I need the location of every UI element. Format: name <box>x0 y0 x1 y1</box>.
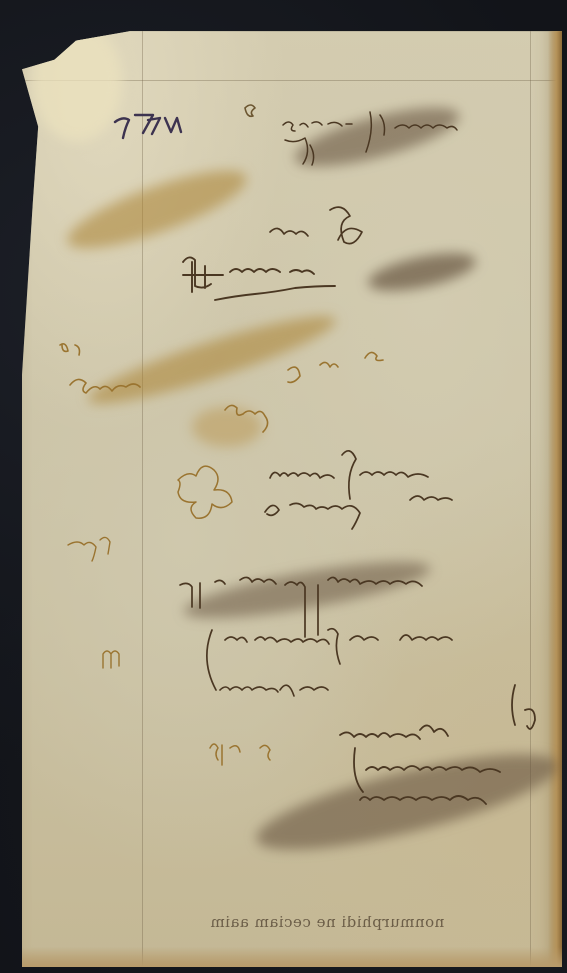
inscription-top-left-letters <box>115 115 181 138</box>
inscription-lower-right <box>340 685 535 804</box>
inscription-smudged-line <box>180 577 422 637</box>
inscription-william-line <box>265 451 452 529</box>
inscription-and-signature <box>270 207 362 244</box>
margin-mark-small <box>68 537 110 561</box>
inscription-framed-initial <box>183 257 335 300</box>
inscription-william-line-3 <box>220 685 328 696</box>
margin-mark-m <box>103 651 119 668</box>
inscription-b-mark <box>245 105 255 116</box>
inscription-top-right <box>283 112 457 165</box>
mirrored-offset-text: nonmurphidi ne ceciam aaim <box>210 913 444 931</box>
inscription-faded-line <box>60 344 383 432</box>
flourish-cross <box>178 466 232 518</box>
margin-mark-ef <box>210 744 270 765</box>
handwriting-layer <box>0 0 567 973</box>
inscription-amor-line <box>207 629 452 690</box>
